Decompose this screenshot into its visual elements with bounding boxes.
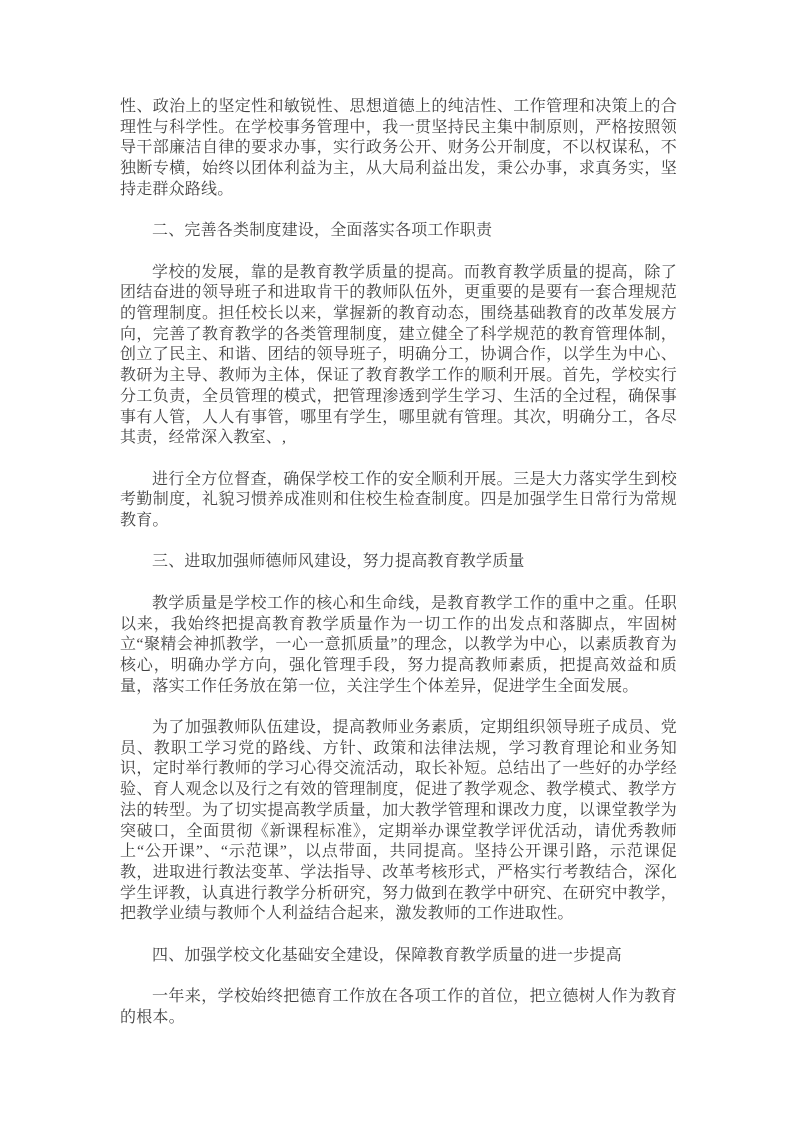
section-heading-4: 四、加强学校文化基础安全建设，保障教育教学质量的进一步提高	[120, 946, 677, 967]
paragraph-supervision: 进行全方位督查，确保学校工作的安全顺利开展。三是大力落实学生到校考勤制度，礼貌习…	[120, 470, 677, 532]
document-page: 性、政治上的坚定性和敏锐性、思想道德上的纯洁性、工作管理和决策上的合理性与科学性…	[0, 0, 793, 1122]
paragraph-teaching-quality: 教学质量是学校工作的核心和生命线，是教育教学工作的重中之重。任职以来，我始终把提…	[120, 594, 677, 698]
section-heading-2: 二、完善各类制度建设，全面落实各项工作职责	[120, 221, 677, 242]
continuation-paragraph: 性、政治上的坚定性和敏锐性、思想道德上的纯洁性、工作管理和决策上的合理性与科学性…	[120, 97, 677, 201]
paragraph-school-development: 学校的发展，靠的是教育教学质量的提高。而教育教学质量的提高，除了团结奋进的领导班…	[120, 263, 677, 449]
document-text-content: 性、政治上的坚定性和敏锐性、思想道德上的纯洁性、工作管理和决策上的合理性与科学性…	[120, 97, 677, 1049]
paragraph-moral-education: 一年来，学校始终把德育工作放在各项工作的首位，把立德树人作为教育的根本。	[120, 987, 677, 1028]
paragraph-teacher-team: 为了加强教师队伍建设，提高教师业务素质，定期组织领导班子成员、党员、教职工学习党…	[120, 718, 677, 925]
section-heading-3: 三、进取加强师德师风建设，努力提高教育教学质量	[120, 552, 677, 573]
